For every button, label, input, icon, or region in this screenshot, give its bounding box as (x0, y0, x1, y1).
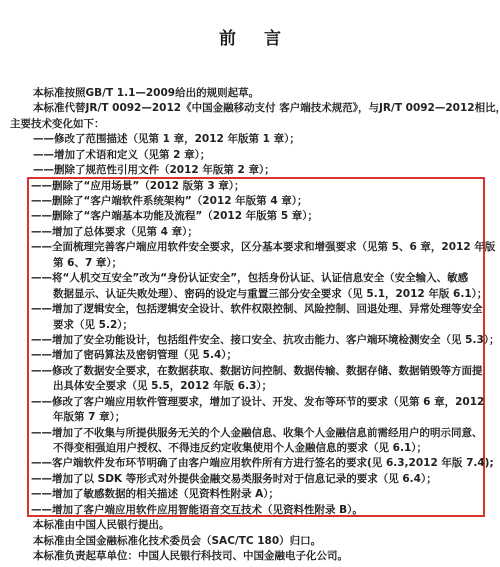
change-item: ——客户端软件发布环节明确了由客户端应用软件所有方进行签名的要求(见 6.3,2… (31, 456, 494, 470)
closing-line-2: 本标准由全国金融标准化技术委员会（SAC/TC 180）归口。 (33, 534, 321, 548)
change-item: ——增加了以 SDK 等形式对外提供金融交易类服务时对于信息记录的要求（见 6.… (31, 472, 437, 486)
change-item: ——增加了不收集与所提供服务无关的个人金融信息、收集个人金融信息前需经用户的明示… (31, 426, 483, 440)
intro-line-1: 本标准按照GB/T 1.1—2009给出的规则起草。 (33, 86, 259, 100)
change-item: ——增加了安全功能设计，包括组件安全、接口安全、抗攻击能力、客户端环境检测安全（… (31, 333, 500, 347)
change-item: ——修改了客户端应用软件管理要求，增加了设计、开发、发布等环节的要求（见第 6 … (31, 395, 484, 409)
change-item: ——全面梳理完善客户端应用软件安全要求，区分基本要求和增强要求（见第 5、6 章… (31, 240, 495, 254)
change-item-continued: 不得变相强迫用户授权、不得违反约定收集使用个人金融信息的要求（见 6.1）； (53, 441, 427, 455)
change-item-continued: 年版第 7 章）； (53, 410, 125, 424)
change-item: ——删除了“客户端基本功能及流程”（2012 年版第 5 章）； (31, 209, 318, 223)
change-item-continued: 第 6、7 章）； (53, 256, 122, 270)
change-item: ——修改了范围描述（见第 1 章，2012 年版第 1 章）； (33, 132, 300, 146)
closing-line-1: 本标准由中国人民银行提出。 (33, 518, 170, 532)
change-item: ——增加了逻辑安全，包括逻辑安全设计、软件权限控制、风险控制、回退处理、异常处理… (31, 302, 483, 316)
change-item: ——删除了“客户端软件系统架构”（2012 年版第 4 章）； (31, 194, 308, 208)
closing-line-3: 本标准负责起草单位：中国人民银行科技司、中国金融电子化公司。 (33, 549, 348, 563)
change-item: ——删除了“应用场景”（2012 版第 3 章）； (31, 179, 245, 193)
change-item: ——增加了总体要求（见第 4 章）； (31, 225, 198, 239)
change-item-continued: 出具体安全要求（见 5.5，2012 年版 6.3）； (53, 379, 272, 393)
intro-line-2: 本标准代替JR/T 0092—2012《中国金融移动支付 客户端技术规范》，与J… (33, 101, 500, 115)
change-item: ——增加了术语和定义（见第 2 章）； (33, 148, 210, 162)
change-item-continued: 数据显示、认证失败处理）、密码的设定与重置三部分安全要求（见 5.1，2012 … (53, 287, 487, 301)
change-item: ——删除了规范性引用文件（2012 年版第 2 章）； (33, 163, 275, 177)
change-item-continued: 要求（见 5.2）； (53, 318, 133, 332)
change-item: ——将“人机交互安全”改为“身份认证安全”，包括身份认证、认证信息安全（安全输入… (31, 271, 468, 285)
page-title: 前言 (0, 24, 500, 49)
intro-line-3: 主要技术变化如下： (10, 117, 105, 131)
document-page: 前言 本标准按照GB/T 1.1—2009给出的规则起草。 本标准代替JR/T … (0, 0, 500, 567)
change-item: ——增加了密码算法及密钥管理（见 5.4）； (31, 348, 237, 362)
change-item: ——修改了数据安全要求，在数据获取、数据访问控制、数据传输、数据存储、数据销毁等… (31, 364, 483, 378)
change-item: ——增加了客户端应用软件应用智能语音交互技术（见资料性附录 B）。 (31, 503, 363, 517)
change-item: ——增加了敏感数据的相关描述（见资料性附录 A）； (31, 487, 279, 501)
